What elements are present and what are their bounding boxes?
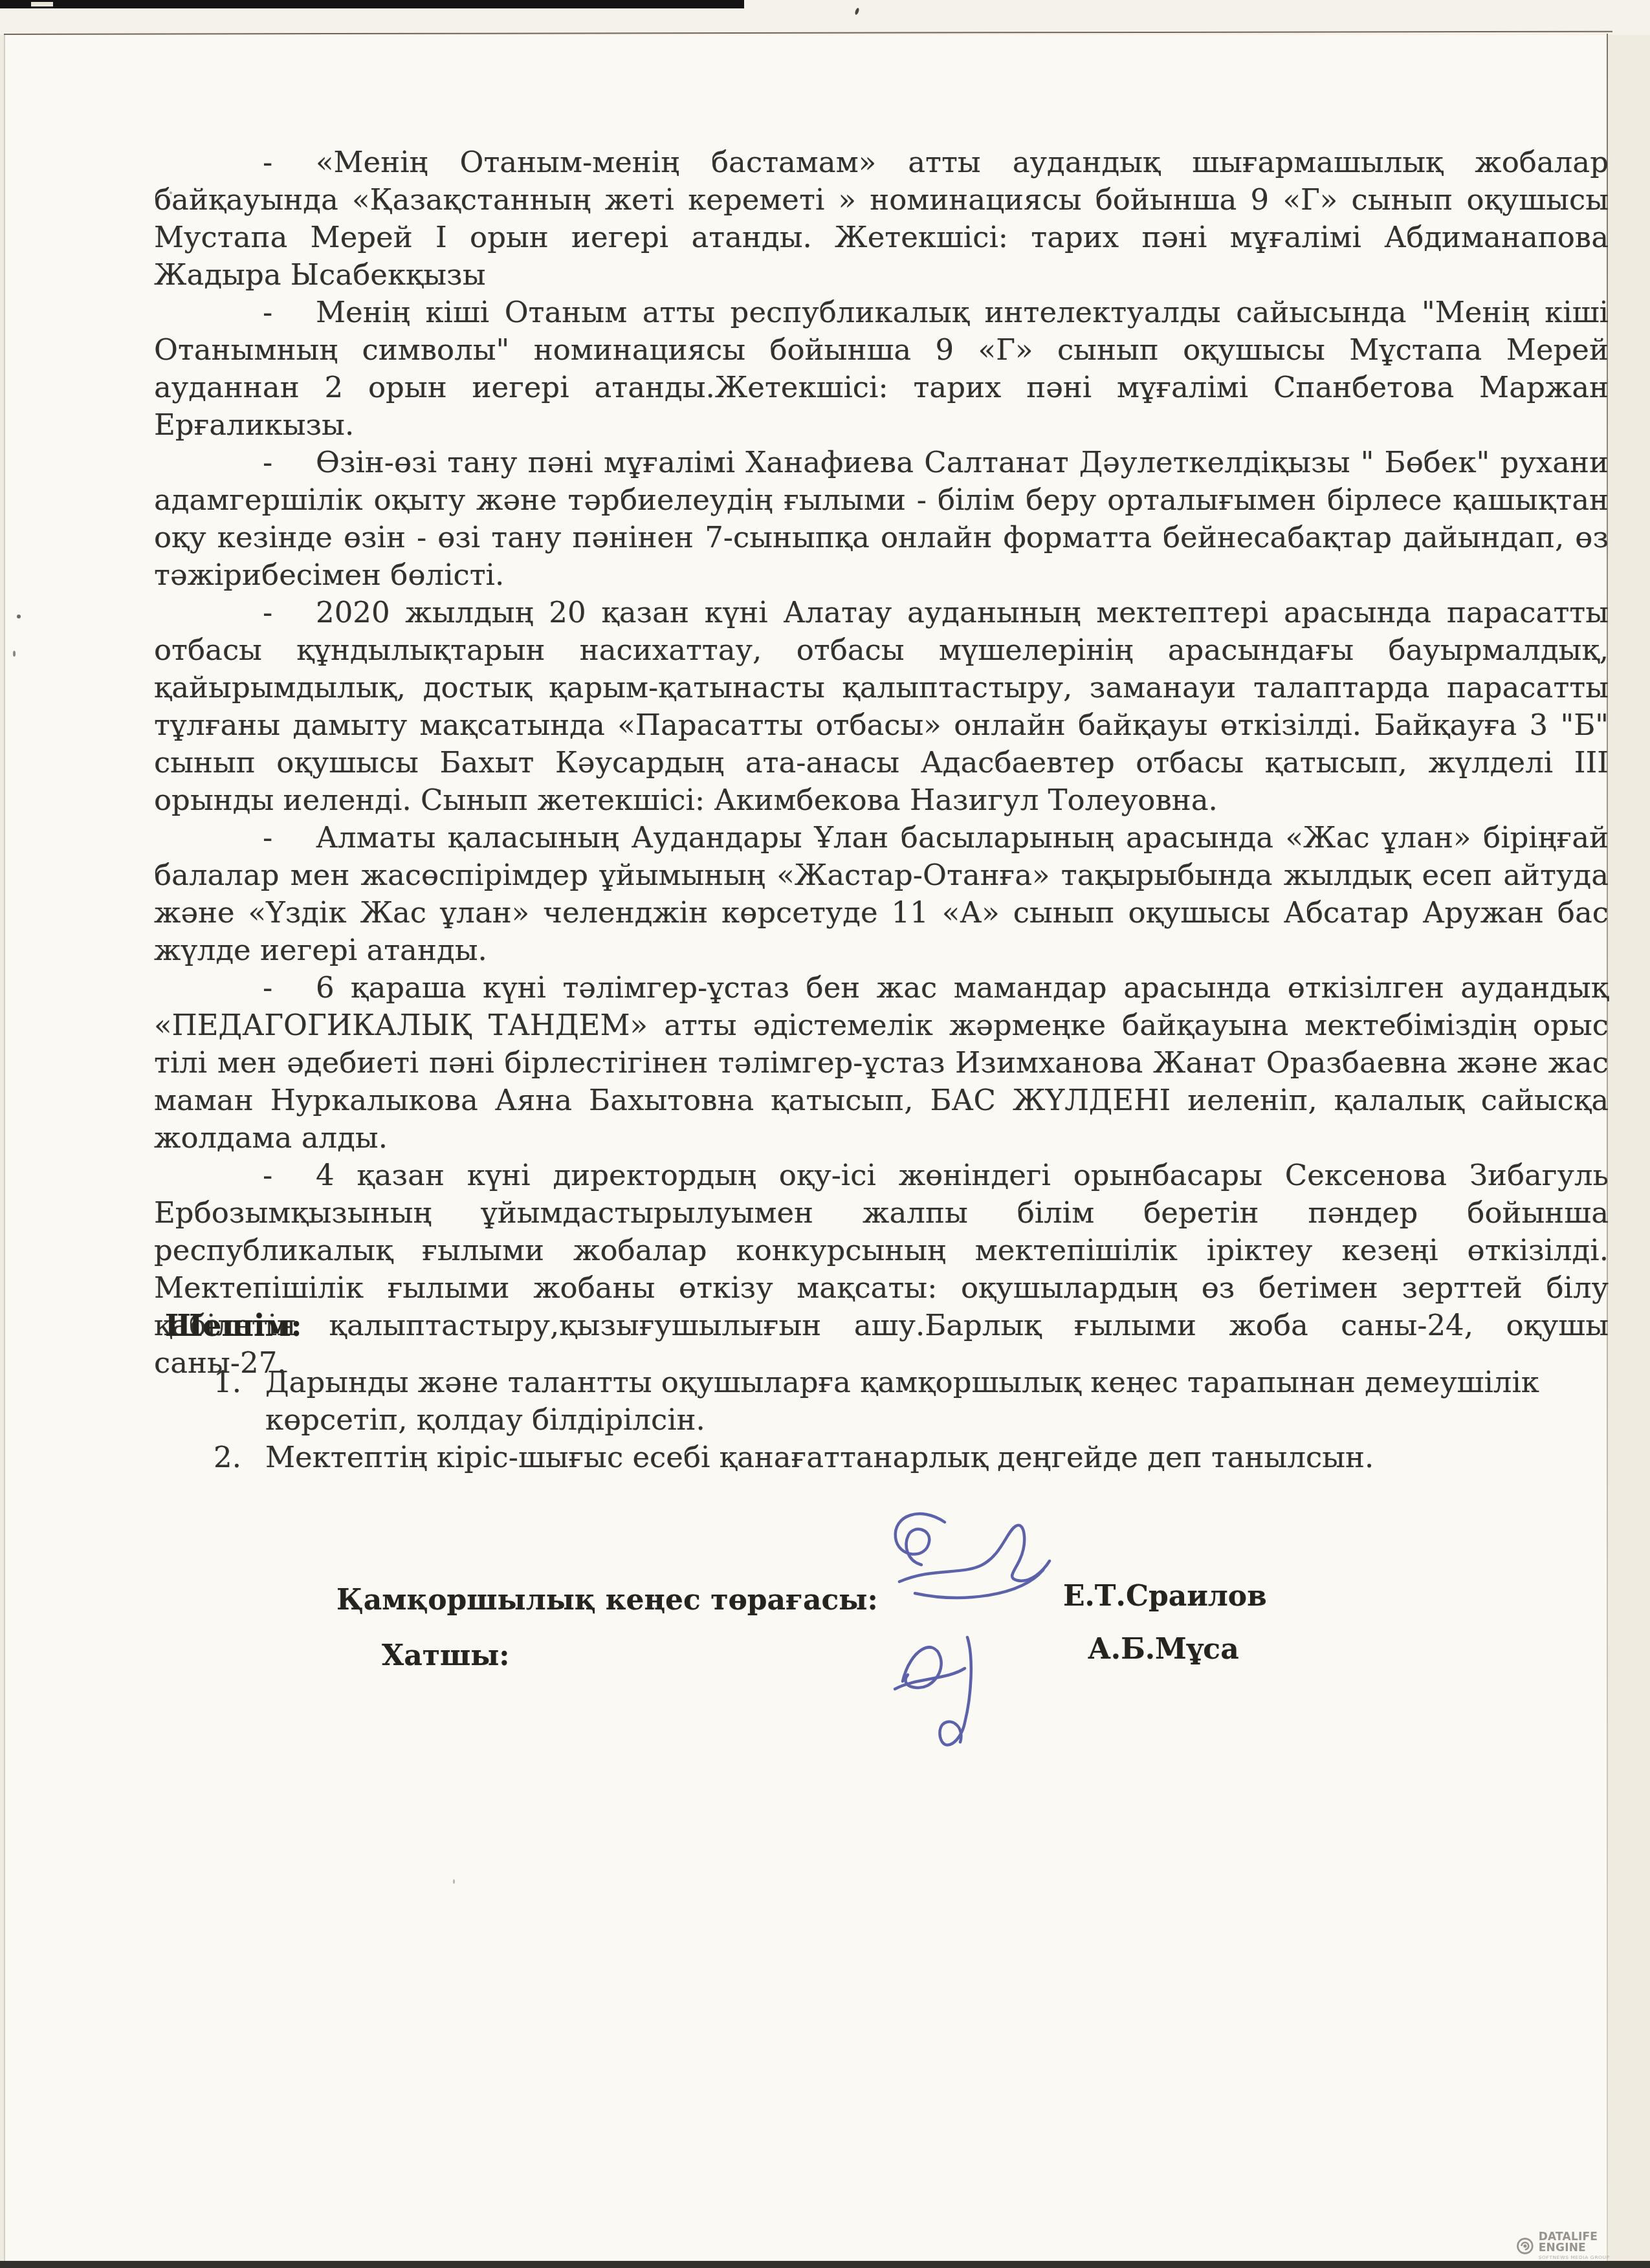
decision-heading: Шешім: — [165, 1308, 302, 1343]
decision-text: Мектептің кіріс-шығыс есебі қанағаттанар… — [265, 1440, 1374, 1474]
paragraph-text: 6 қараша күні тәлімгер-ұстаз бен жас мам… — [154, 970, 1609, 1155]
secretary-signature — [883, 1620, 1013, 1760]
scanned-document-page: -«Менің Отаным-менің бастамам» атты ауда… — [0, 0, 1650, 2268]
watermark-title: DATALIFE ENGINE — [1539, 2232, 1648, 2254]
paragraph-text: Алматы қаласының Аудандары Ұлан басылары… — [154, 820, 1609, 967]
paragraph: -Менің кіші Отаным атты республикалық ин… — [154, 294, 1609, 444]
scan-speck — [13, 651, 16, 657]
paragraph-text: 4 қазан күні директордың оқу-ісі жөнінде… — [154, 1158, 1609, 1380]
paragraph-bullet: - — [263, 294, 316, 331]
scan-artifact-notch — [31, 2, 53, 6]
paragraph-bullet: - — [263, 969, 316, 1007]
decision-item: 2.Мектептің кіріс-шығыс есебі қанағаттан… — [154, 1439, 1609, 1476]
scan-artifact-bottom-bar — [0, 2261, 1650, 2268]
paragraph-bullet: - — [263, 444, 316, 481]
paragraph-bullet: - — [263, 144, 316, 181]
paragraph-text: Менің кіші Отаным атты республикалық инт… — [154, 295, 1609, 442]
paragraph: -2020 жылдың 20 қазан күні Алатау ауданы… — [154, 594, 1609, 819]
decision-list: 1.Дарынды және талантты оқушыларға қамқо… — [154, 1364, 1609, 1476]
chairman-name: Е.Т.Сраилов — [1063, 1580, 1267, 1613]
decision-number: 2. — [214, 1439, 241, 1476]
decision-number: 1. — [214, 1364, 241, 1401]
datalife-eye-icon — [1515, 2236, 1535, 2256]
scan-artifact-bar — [0, 0, 744, 8]
decision-text: Дарынды және талантты оқушыларға қамқорш… — [265, 1365, 1539, 1437]
scan-speck — [170, 191, 172, 194]
paragraph-bullet: - — [263, 819, 316, 856]
secretary-label: Хатшы: — [382, 1639, 510, 1672]
scan-speck — [17, 615, 21, 618]
paragraph-text: Өзін-өзі тану пәні мұғалімі Ханафиева Са… — [154, 445, 1609, 592]
paragraph: -Өзін-өзі тану пәні мұғалімі Ханафиева С… — [154, 444, 1609, 594]
watermark-subtitle: SOFTNEWS MEDIA GROUP — [1539, 2255, 1648, 2260]
document-body-text: -«Менің Отаным-менің бастамам» атты ауда… — [154, 144, 1609, 1382]
paragraph-bullet: - — [263, 594, 316, 631]
scan-speck — [453, 1879, 455, 1884]
paragraph-text: «Менің Отаным-менің бастамам» атты аудан… — [154, 145, 1609, 292]
paragraph-text: 2020 жылдың 20 қазан күні Алатау ауданын… — [154, 595, 1609, 817]
paragraph: -4 қазан күні директордың оқу-ісі жөнінд… — [154, 1157, 1609, 1382]
paragraph: -«Менің Отаным-менің бастамам» атты ауда… — [154, 144, 1609, 294]
datalife-watermark: DATALIFE ENGINE SOFTNEWS MEDIA GROUP — [1515, 2232, 1648, 2260]
paragraph-bullet: - — [263, 1157, 316, 1194]
page-left-edge — [4, 35, 5, 2268]
chairman-signature — [854, 1504, 1055, 1617]
chairman-label: Қамқоршылық кеңес төрағасы: — [336, 1584, 878, 1617]
decision-item: 1.Дарынды және талантты оқушыларға қамқо… — [154, 1364, 1609, 1439]
secretary-name: А.Б.Мұса — [1088, 1633, 1239, 1666]
paragraph: -6 қараша күні тәлімгер-ұстаз бен жас ма… — [154, 969, 1609, 1157]
paragraph: -Алматы қаласының Аудандары Ұлан басылар… — [154, 819, 1609, 969]
scan-speck — [1000, 765, 1002, 767]
